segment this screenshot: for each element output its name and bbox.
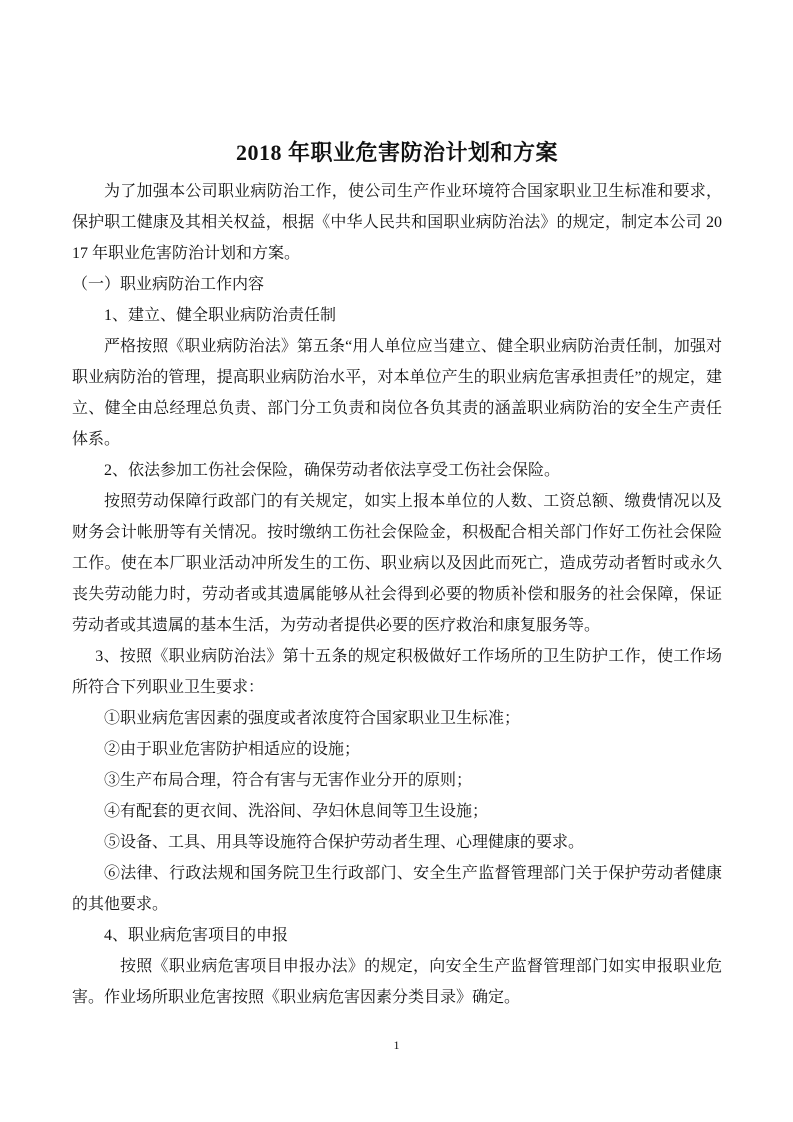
requirement-item-5: ⑤设备、工具、用具等设施符合保护劳动者生理、心理健康的要求。 xyxy=(72,827,722,858)
numbered-item-4: 4、职业病危害项目的申报 xyxy=(72,920,722,951)
section-heading-1: （一）职业病防治工作内容 xyxy=(72,269,722,300)
page-number: 1 xyxy=(394,1038,400,1052)
requirement-item-4: ④有配套的更衣间、洗浴间、孕妇休息间等卫生设施； xyxy=(72,796,722,827)
requirement-item-6: ⑥法律、行政法规和国务院卫生行政部门、安全生产监督管理部门关于保护劳动者健康的其… xyxy=(72,858,722,920)
requirement-item-2: ②由于职业危害防护相适应的设施； xyxy=(72,734,722,765)
numbered-item-3: 3、按照《职业病防治法》第十五条的规定积极做好工作场所的卫生防护工作，使工作场所… xyxy=(72,641,722,703)
paragraph-social-insurance: 按照劳动保障行政部门的有关规定，如实上报本单位的人数、工资总额、缴费情况以及财务… xyxy=(72,486,722,641)
page-footer: 1 xyxy=(0,1036,793,1054)
requirement-item-1: ①职业病危害因素的强度或者浓度符合国家职业卫生标准； xyxy=(72,703,722,734)
paragraph-responsibility-system: 严格按照《职业病防治法》第五条“用人单位应当建立、健全职业病防治责任制，加强对职… xyxy=(72,331,722,455)
requirement-item-3: ③生产布局合理，符合有害与无害作业分开的原则； xyxy=(72,765,722,796)
paragraph-intro: 为了加强本公司职业病防治工作，使公司生产作业环境符合国家职业卫生标准和要求，保护… xyxy=(72,176,722,269)
document-page: 2018 年职业危害防治计划和方案 为了加强本公司职业病防治工作，使公司生产作业… xyxy=(0,0,793,1122)
numbered-item-1: 1、建立、健全职业病防治责任制 xyxy=(72,300,722,331)
document-title: 2018 年职业危害防治计划和方案 xyxy=(72,138,722,168)
document-content: 2018 年职业危害防治计划和方案 为了加强本公司职业病防治工作，使公司生产作业… xyxy=(72,138,722,1013)
numbered-item-2: 2、依法参加工伤社会保险，确保劳动者依法享受工伤社会保险。 xyxy=(72,455,722,486)
paragraph-hazard-declaration: 按照《职业病危害项目申报办法》的规定，向安全生产监督管理部门如实申报职业危害。作… xyxy=(72,951,722,1013)
